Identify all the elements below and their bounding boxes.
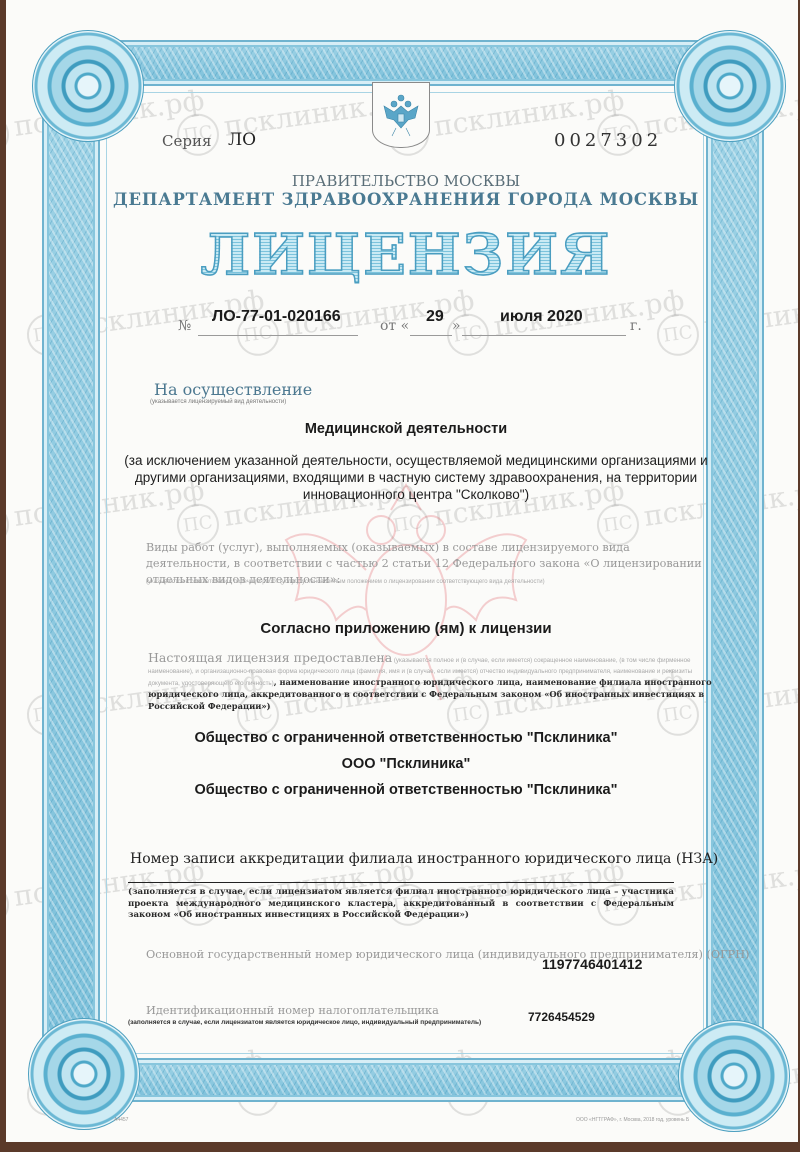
ogrn-value: 1197746401412 bbox=[542, 956, 642, 972]
granted-label: Настоящая лицензия предоставлена bbox=[148, 650, 392, 665]
number-underline bbox=[198, 334, 358, 336]
licensed-activity: Медицинской деятельности bbox=[6, 421, 798, 437]
works-value: Согласно приложению (ям) к лицензии bbox=[6, 620, 798, 637]
license-number-row: № ЛО-77-01-020166 от « 29 » июля 2020 г. bbox=[6, 308, 798, 338]
activity-detail: (за исключением указанной деятельности, … bbox=[116, 452, 716, 503]
inn-value: 7726454529 bbox=[528, 1010, 595, 1024]
issuer-department: ДЕПАРТАМЕНТ ЗДРАВООХРАНЕНИЯ ГОРОДА МОСКВ… bbox=[6, 190, 798, 209]
rosette-top-left-icon bbox=[32, 30, 144, 142]
date-month-underline bbox=[462, 334, 626, 336]
date-day: 29 bbox=[426, 308, 444, 326]
rosette-bottom-left-icon bbox=[28, 1018, 140, 1130]
coat-of-arms-emblem bbox=[372, 82, 430, 148]
blank-number: 0027302 bbox=[554, 130, 662, 151]
date-from-label: от « bbox=[380, 318, 409, 334]
org-brand-name: Общество с ограниченной ответственностью… bbox=[6, 782, 798, 798]
date-day-underline bbox=[410, 334, 452, 336]
frame-top-border bbox=[56, 40, 750, 86]
frame-right-border bbox=[706, 60, 764, 1084]
issuer-government: ПРАВИТЕЛЬСТВО МОСКВЫ bbox=[6, 172, 798, 190]
works-note: (указываются в соответствии с перечнем р… bbox=[146, 579, 706, 585]
license-number: ЛО-77-01-020166 bbox=[212, 308, 341, 326]
nza-label: Номер записи аккредитации филиала иностр… bbox=[130, 851, 718, 867]
footer-code: А4457 bbox=[114, 1117, 128, 1123]
frame-left-border bbox=[42, 60, 100, 1084]
activity-heading-note: (указывается лицензируемый вид деятельно… bbox=[150, 399, 286, 405]
inn-label: Идентификационный номер налогоплательщик… bbox=[146, 1004, 439, 1017]
org-short-name: ООО "Псклиника" bbox=[6, 756, 798, 772]
nza-note: (заполняется в случае, если лицензиатом … bbox=[128, 887, 674, 922]
document-title: ЛИЦЕНЗИЯ bbox=[6, 222, 798, 288]
rosette-bottom-right-icon bbox=[678, 1020, 790, 1132]
series-value: ЛО bbox=[228, 130, 256, 150]
date-month-year: июля 2020 bbox=[500, 308, 583, 326]
granted-to-block: Настоящая лицензия предоставлена (указыв… bbox=[148, 652, 712, 713]
inn-note: (заполняется в случае, если лицензиатом … bbox=[128, 1019, 481, 1026]
license-sheet: ПСпсклиник.рфПСпсклиник.рфПСпсклиник.рфП… bbox=[6, 0, 798, 1142]
ogrn-label: Основной государственный номер юридическ… bbox=[146, 948, 749, 961]
number-label: № bbox=[178, 318, 191, 334]
series-label: Серия bbox=[162, 132, 211, 150]
footer-printer: ООО «НГТГРАФ», г. Москва, 2018 год, уров… bbox=[576, 1117, 689, 1123]
org-full-name: Общество с ограниченной ответственностью… bbox=[6, 730, 798, 746]
date-close-quote: » bbox=[452, 318, 461, 334]
double-headed-eagle-icon bbox=[380, 92, 422, 138]
frame-bottom-border bbox=[56, 1058, 750, 1102]
nza-underline bbox=[128, 882, 674, 883]
date-year-suffix: г. bbox=[630, 318, 642, 334]
rosette-top-right-icon bbox=[674, 30, 786, 142]
activity-heading: На осуществление bbox=[154, 380, 312, 399]
